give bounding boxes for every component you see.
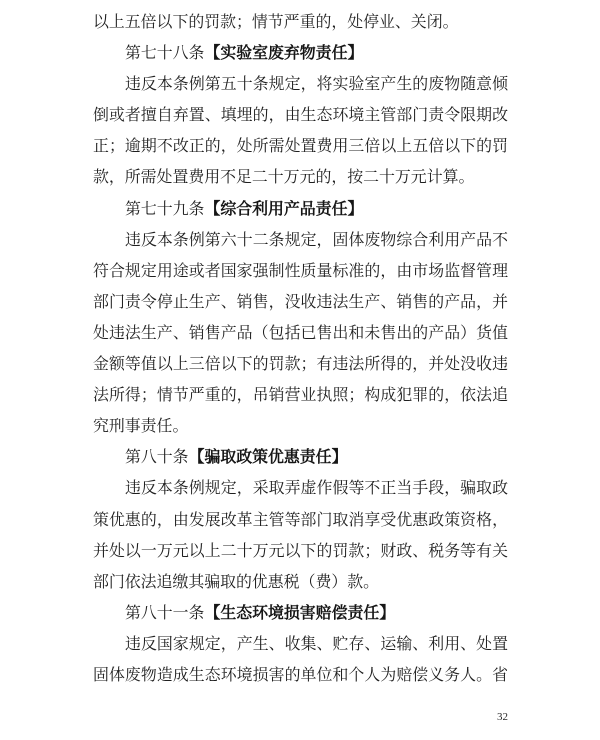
document-page: 以上五倍以下的罚款；情节严重的，处停业、关闭。第七十八条【实验室废弃物责任】违反… (0, 0, 600, 740)
article-title: 【实验室废弃物责任】 (204, 45, 363, 62)
article-heading: 第八十一条【生态环境损害赔偿责任】 (93, 598, 508, 629)
article-heading: 第八十条【骗取政策优惠责任】 (93, 442, 508, 473)
paragraph-line: 策优惠的，由发展改革主管等部门取消享受优惠政策资格， (93, 505, 508, 536)
article-title: 【骗取政策优惠责任】 (189, 449, 348, 466)
paragraph-line: 处违法生产、销售产品（包括已售出和未售出的产品）货值 (93, 318, 508, 349)
article-heading: 第七十八条【实验室废弃物责任】 (93, 38, 508, 69)
paragraph-line: 款，所需处置费用不足二十万元的，按二十万元计算。 (93, 162, 508, 193)
paragraph-line: 违反本条例规定，采取弄虚作假等不正当手段，骗取政 (93, 473, 508, 504)
paragraph-line: 违反本条例第五十条规定，将实验室产生的废物随意倾 (93, 69, 508, 100)
article-number: 第八十一条 (125, 605, 204, 622)
article-number: 第八十条 (125, 449, 189, 466)
paragraph-line: 以上五倍以下的罚款；情节严重的，处停业、关闭。 (93, 7, 508, 38)
paragraph-line: 金额等值以上三倍以下的罚款；有违法所得的，并处没收违 (93, 349, 508, 380)
article-heading: 第七十九条【综合利用产品责任】 (93, 194, 508, 225)
paragraph-line: 部门责令停止生产、销售，没收违法生产、销售的产品，并 (93, 287, 508, 318)
paragraph-line: 并处以一万元以上二十万元以下的罚款；财政、税务等有关 (93, 536, 508, 567)
page-number: 32 (497, 710, 508, 724)
paragraph-line: 正；逾期不改正的，处所需处置费用三倍以上五倍以下的罚 (93, 131, 508, 162)
paragraph-line: 违反本条例第六十二条规定，固体废物综合利用产品不 (93, 225, 508, 256)
paragraph-line: 违反国家规定，产生、收集、贮存、运输、利用、处置 (93, 629, 508, 660)
article-number: 第七十八条 (125, 45, 204, 62)
paragraph-line: 部门依法追缴其骗取的优惠税（费）款。 (93, 567, 508, 598)
paragraph-line: 法所得；情节严重的，吊销营业执照；构成犯罪的，依法追 (93, 380, 508, 411)
article-number: 第七十九条 (125, 201, 204, 218)
text-block: 以上五倍以下的罚款；情节严重的，处停业、关闭。第七十八条【实验室废弃物责任】违反… (93, 7, 508, 691)
paragraph-line: 究刑事责任。 (93, 411, 508, 442)
article-title: 【综合利用产品责任】 (204, 201, 363, 218)
paragraph-line: 固体废物造成生态环境损害的单位和个人为赔偿义务人。省 (93, 660, 508, 691)
paragraph-line: 符合规定用途或者国家强制性质量标准的，由市场监督管理 (93, 256, 508, 287)
paragraph-line: 倒或者擅自弃置、填埋的，由生态环境主管部门责令限期改 (93, 100, 508, 131)
article-title: 【生态环境损害赔偿责任】 (204, 605, 395, 622)
